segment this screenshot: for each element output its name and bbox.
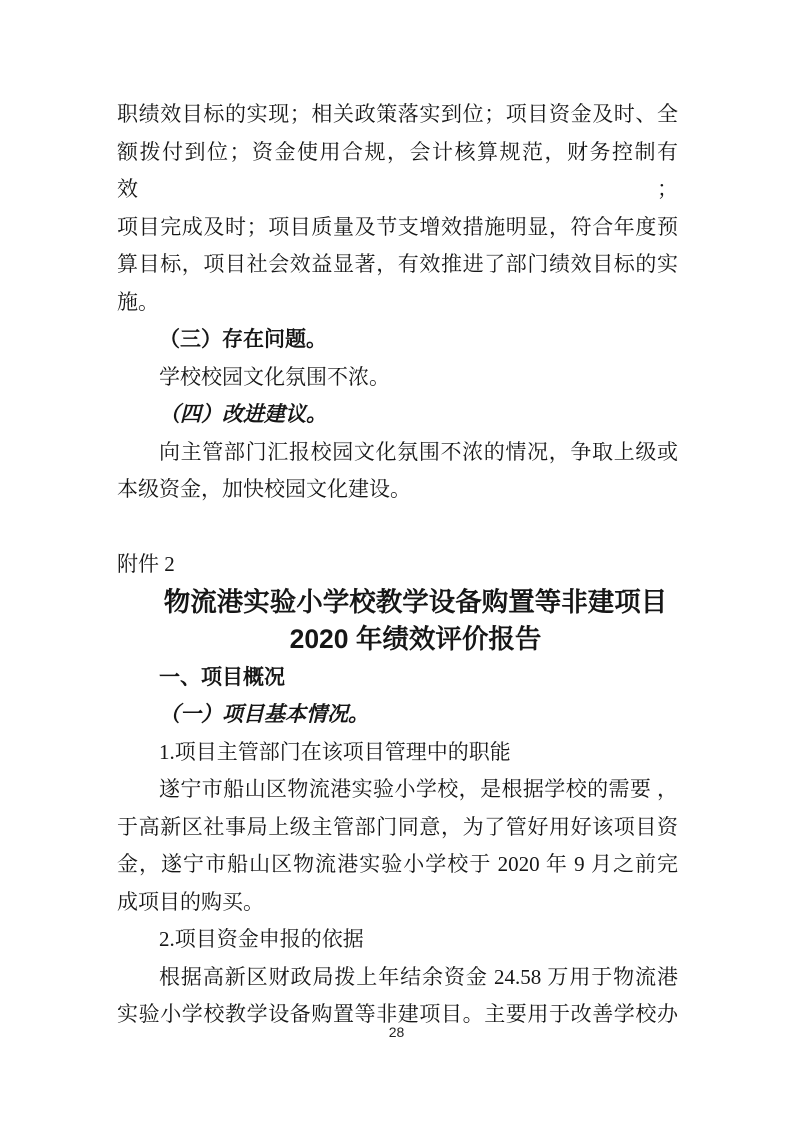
section-heading: 一、项目概况 — [117, 659, 678, 697]
body-text-line: 于高新区社事局上级主管部门同意，为了管好用好该项目资 — [117, 809, 678, 847]
page-footer: 28 — [0, 1022, 793, 1042]
body-text-line: 金，遂宁市船山区物流港实验小学校于 2020 年 9 月之前完 — [117, 846, 678, 884]
page-content: 职绩效目标的实现；相关政策落实到位；项目资金及时、全额拨付到位；资金使用合规，会… — [117, 96, 678, 1034]
subsection-heading: （一）项目基本情况。 — [117, 696, 678, 734]
body-text-line: 算目标，项目社会效益显著，有效推进了部门绩效目标的实 — [117, 246, 678, 284]
body-text-line: 施。 — [117, 284, 678, 322]
body-text-line: 遂宁市船山区物流港实验小学校，是根据学校的需要 ， — [117, 771, 678, 809]
numbered-item-heading: 1.项目主管部门在该项目管理中的职能 — [117, 734, 678, 772]
subsection-heading: （三）存在问题。 — [117, 321, 678, 359]
attachment-label: 附件 2 — [117, 546, 678, 584]
body-text-line: 学校校园文化氛围不浓。 — [117, 359, 678, 397]
page-number: 28 — [389, 1024, 405, 1040]
body-text-line: 成项目的购买。 — [117, 884, 678, 922]
spacer — [117, 509, 678, 547]
report-title-line: 物流港实验小学校教学设备购置等非建项目 — [135, 584, 696, 622]
report-title-line: 2020 年绩效评价报告 — [135, 621, 696, 659]
subsection-heading: （四）改进建议。 — [117, 396, 678, 434]
body-text-line: 本级资金，加快校园文化建设。 — [117, 471, 678, 509]
document-page: 职绩效目标的实现；相关政策落实到位；项目资金及时、全额拨付到位；资金使用合规，会… — [0, 0, 793, 1122]
numbered-item-heading: 2.项目资金申报的依据 — [117, 921, 678, 959]
body-text-line: 向主管部门汇报校园文化氛围不浓的情况，争取上级或 — [117, 434, 678, 472]
body-text-line: 职绩效目标的实现；相关政策落实到位；项目资金及时、全 — [117, 96, 678, 134]
body-text-line: 额拨付到位；资金使用合规，会计核算规范，财务控制有效； — [117, 134, 678, 209]
body-text-line: 项目完成及时；项目质量及节支增效措施明显，符合年度预 — [117, 209, 678, 247]
body-text-line: 根据高新区财政局拨上年结余资金 24.58 万用于物流港 — [117, 959, 678, 997]
